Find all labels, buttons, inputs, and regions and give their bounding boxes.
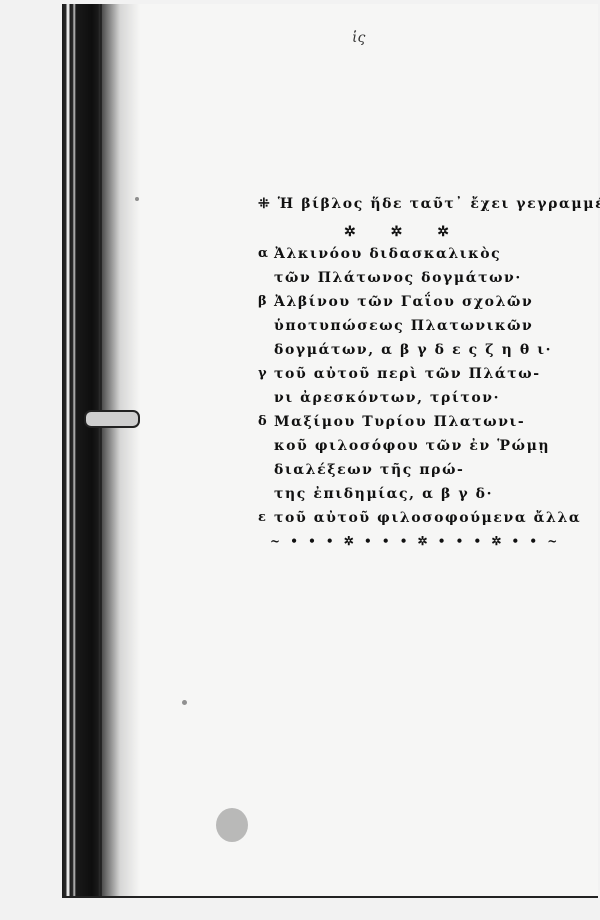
gutter-shadow <box>100 4 140 896</box>
page-clip <box>84 410 140 428</box>
entry-4-line-3: διαλέξεων τῆς πρώ- <box>274 462 464 478</box>
ink-dot <box>135 197 139 201</box>
title-line: ⁜ Ἡ βίβλος ἥδε ταῦτ᾽ ἔχει γεγραμμένα· <box>258 196 600 212</box>
ornament: ✲ ✲ ✲ <box>344 224 449 240</box>
entry-2-line-3: δογμάτων, α β γ δ ε ς ζ η θ ι· <box>274 342 552 358</box>
folio-number: ἱς <box>352 30 365 46</box>
ink-stain <box>216 808 248 842</box>
entry-1-line-2: τῶν Πλάτωνος δογμάτων· <box>274 270 522 286</box>
book-binding <box>62 4 102 896</box>
entry-3-line-2: νι ἀρεσκόντων, τρίτον· <box>274 390 500 406</box>
entry-4-line-4: της ἐπιδημίας, α β γ δ· <box>274 486 493 502</box>
ink-dot <box>182 700 187 705</box>
entry-2-line-2: ὑποτυπώσεως Πλατωνικῶν <box>274 318 533 334</box>
end-ornament: ~ • • • ✲ • • • ✲ • • • ✲ • • ~ <box>270 534 560 548</box>
entry-4-line-2: κοῦ φιλοσόφου τῶν ἐν Ῥώμῃ <box>274 438 550 454</box>
